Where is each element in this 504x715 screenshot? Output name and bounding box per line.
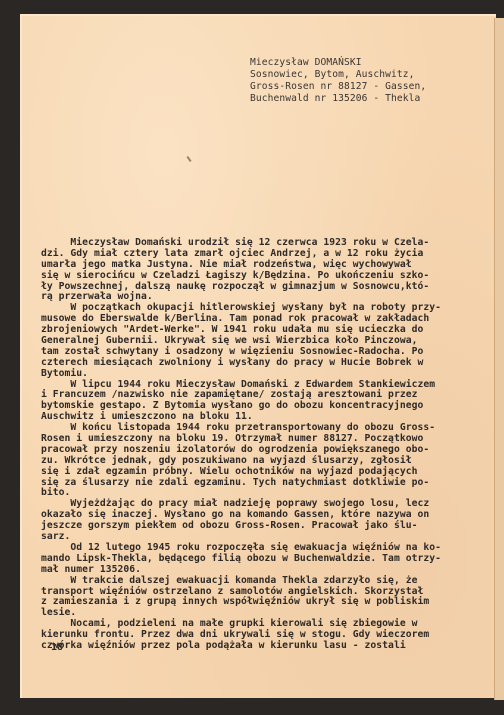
body-line: się za ślusarzy nie zdali egzaminu. Tych… xyxy=(41,478,481,489)
body-line: się i zdał egzamin próbny. Wielu ochotni… xyxy=(41,467,481,478)
page-number: 18 xyxy=(51,642,63,653)
document-header: Mieczysław DOMAŃSKI Sosnowiec, Bytom, Au… xyxy=(250,57,426,105)
header-places: Sosnowiec, Bytom, Auschwitz, xyxy=(250,69,426,81)
document-body: Mieczysław Domański urodził się 12 czerw… xyxy=(41,238,481,652)
header-buchenwald: Buchenwald nr 135206 - Thekla xyxy=(250,93,426,105)
body-line: W trakcie dalszej ewakuacji komanda Thek… xyxy=(41,576,481,587)
header-name: Mieczysław DOMAŃSKI xyxy=(250,57,426,69)
body-line: z zamieszania i z grupą innych współwięź… xyxy=(41,597,481,608)
body-line: czterech miesiącach zwolniony i wysłany … xyxy=(41,358,481,369)
next-page-edge xyxy=(494,18,504,700)
body-line: mał numer 135206. xyxy=(41,565,481,576)
body-line: jeszcze gorszym piekłem od obozu Gross-R… xyxy=(41,521,481,532)
header-gross-rosen: Gross-Rosen nr 88127 - Gassen, xyxy=(250,81,426,93)
body-line: czwórka więźniów przez pola podążała w k… xyxy=(41,641,481,652)
body-line: się w sierocińcu w Czeladzi Łagiszy k/Bę… xyxy=(41,271,481,282)
body-line: Bytomiu. xyxy=(41,369,481,380)
